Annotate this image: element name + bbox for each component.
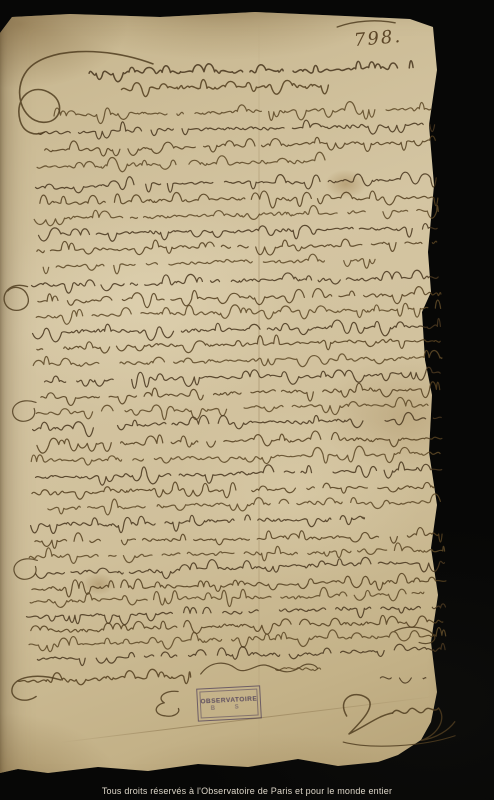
- manuscript-page: [0, 0, 494, 800]
- stamp-line1: OBSERVATOIRE: [200, 695, 257, 705]
- stamp-line2: B S: [211, 704, 248, 712]
- folio-number: 798.: [353, 26, 403, 51]
- scanned-letter-view: 798. OBSERVATOIRE B S Tous droits réserv…: [0, 0, 494, 800]
- observatory-stamp: OBSERVATOIRE B S: [196, 685, 262, 721]
- copyright-caption: Tous droits réservés à l'Observatoire de…: [0, 786, 494, 796]
- paper-fold-line: [258, 20, 260, 760]
